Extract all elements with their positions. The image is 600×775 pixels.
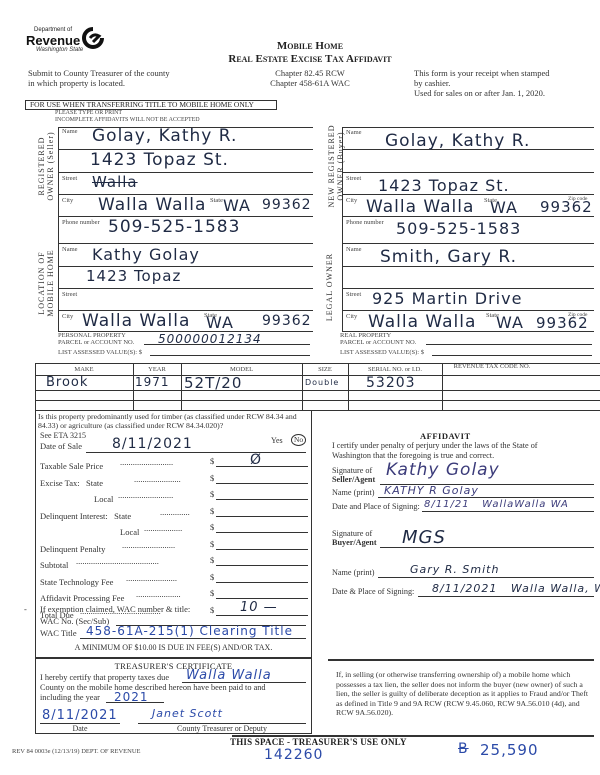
legal-owner-name-label: Name (346, 246, 362, 253)
certify-line-1: I certify under penalty of perjury under… (332, 441, 600, 451)
leader-dots: ......................... (122, 540, 175, 550)
buyer-state-field[interactable]: WA (490, 198, 518, 217)
buyer-date-place-label: Date & Place of Signing: (332, 587, 414, 597)
treasurer-line-1: I hereby certify that property taxes due (40, 673, 169, 683)
legal-owner-parcel-label-1: REAL PROPERTY (340, 332, 416, 339)
serial-cell[interactable]: 53203 (366, 375, 416, 391)
timber-question: Is this property predominantly used for … (38, 412, 308, 430)
buyer-city-label: City (346, 197, 357, 204)
col-model: MODEL (181, 366, 302, 373)
seller-street-field[interactable]: Walla (92, 173, 138, 191)
tax-line-label: Taxable Sale Price (40, 461, 103, 471)
tax-line-label: Delinquent Penalty (40, 544, 105, 554)
buyer-signature-label: Signature of Buyer/Agent (332, 529, 377, 547)
location-label-2: MOBILE HOME (46, 243, 55, 323)
buyer-name-label: Name (346, 129, 362, 136)
submit-instructions: Submit to County Treasurer of the county… (28, 68, 208, 88)
legal-owner-assessed-label: LIST ASSESSED VALUE(S): $ (340, 349, 424, 356)
leader-dots: ....................................... (76, 556, 159, 566)
legal-owner-street-label: Street (346, 291, 361, 298)
treasurer-use-only-label: THIS SPACE - TREASURER'S USE ONLY (230, 737, 407, 747)
location-name-field[interactable]: Kathy Golay (92, 245, 200, 264)
no-option[interactable]: No (291, 434, 306, 446)
tax-lines: Taxable Sale Price .....................… (40, 456, 308, 621)
tax-line-label: Delinquent Interest: State (40, 511, 131, 521)
seller-print-name-field[interactable]: KATHY R Golay (384, 484, 479, 497)
seller-phone-field[interactable]: 509-525-1583 (108, 217, 240, 237)
leader-dots: .......................... (118, 490, 173, 500)
buyer-signature-field[interactable]: MGS (402, 527, 446, 548)
leader-dots: ......................... (120, 457, 173, 467)
leader-dots: .................. (144, 523, 182, 533)
col-revenue-code: REVENUE TAX CODE NO. (452, 363, 532, 370)
currency-symbol: $ (210, 522, 214, 532)
receipt-line-3: Used for sales on or after Jan. 1, 2020. (414, 88, 594, 98)
tax-line-label: Excise Tax: State (40, 478, 103, 488)
tax-line: State Technology Fee ...................… (40, 572, 308, 589)
tax-line-label: Local (94, 494, 113, 504)
use-only-text: FOR USE WHEN TRANSFERRING TITLE TO MOBIL… (30, 100, 254, 110)
submit-line-2: in which property is located. (28, 78, 208, 88)
model-cell[interactable]: 52T/20 (184, 374, 242, 392)
currency-symbol: $ (210, 456, 214, 466)
legal-owner-parcel-label: REAL PROPERTY PARCEL or ACCOUNT NO. (340, 332, 416, 346)
wac-title-label: WAC Title (40, 628, 77, 638)
incomplete-notice: INCOMPLETE AFFIDAVITS WILL NOT BE ACCEPT… (55, 117, 200, 123)
chapter-rcw: Chapter 82.45 RCW (255, 68, 365, 78)
legal-owner-street-field[interactable]: 925 Martin Drive (372, 289, 522, 308)
treasurer-date-field[interactable]: 8/11/2021 (42, 708, 118, 723)
seller-state-label: State (210, 197, 223, 204)
seller-city-field[interactable]: Walla Walla (98, 195, 206, 215)
seller-phone-label: Phone number (62, 219, 100, 226)
seller-city-label: City (62, 197, 73, 204)
location-state-field[interactable]: WA (206, 313, 234, 332)
treasurer-county-field[interactable]: Walla Walla (186, 668, 272, 683)
receipt-notice: This form is your receipt when stamped b… (414, 68, 594, 98)
affidavit-certification: I certify under penalty of perjury under… (332, 441, 600, 461)
dor-logo-icon (82, 27, 104, 49)
location-city-label: City (62, 313, 73, 320)
receipt-number: 142260 (264, 747, 323, 763)
location-street-label: Street (62, 291, 77, 298)
taxable-sale-price-field[interactable]: Ø (250, 452, 262, 468)
see-eta: See ETA 3215 (40, 431, 86, 441)
legal-owner-city-field[interactable]: Walla Walla (368, 312, 476, 332)
tax-line: Local .......................... $ (40, 489, 308, 506)
location-assessed-label: LIST ASSESSED VALUE(S): $ (58, 349, 142, 356)
minimum-notice: A MINIMUM OF $10.00 IS DUE IN FEE(S) AND… (35, 643, 312, 653)
tax-line: Local .................. $ (40, 522, 308, 539)
buyer-name-field[interactable]: Golay, Kathy R. (385, 131, 530, 151)
type-print-notice: PLEASE TYPE OR PRINT (55, 110, 122, 116)
buyer-phone-field[interactable]: 509-525-1583 (396, 219, 521, 238)
receipt-line-2: by cashier. (414, 78, 594, 88)
location-section-label: LOCATION OF MOBILE HOME (37, 243, 59, 323)
location-zip-field[interactable]: 99362 (262, 313, 313, 329)
buyer-sig-label-2: Buyer/Agent (332, 538, 377, 547)
tax-line-label: State Technology Fee (40, 577, 113, 587)
currency-symbol: $ (210, 555, 214, 565)
currency-symbol: $ (210, 506, 214, 516)
seller-state-field[interactable]: WA (223, 196, 251, 215)
tax-line-label: Local (120, 527, 139, 537)
legal-owner-section-label: LEGAL OWNER (325, 247, 335, 327)
seller-signature-label: Signature of Seller/Agent (332, 466, 375, 484)
tax-line: Delinquent Interest: State .............… (40, 506, 308, 523)
col-size: SIZE (302, 366, 348, 373)
size-cell[interactable]: Double (305, 378, 339, 387)
legal-owner-zip-field[interactable]: 99362 (536, 314, 589, 332)
seller-name-field[interactable]: Golay, Kathy R. (92, 126, 237, 146)
exemption-label: If exemption claimed, WAC number & title… (40, 604, 190, 614)
year-cell[interactable]: 1971 (135, 375, 170, 389)
location-parcel-label-1: PERSONAL PROPERTY (58, 332, 134, 339)
buyer-city-field[interactable]: Walla Walla (366, 197, 474, 217)
col-serial: SERIAL NO. or I.D. (348, 366, 442, 373)
total-due-field[interactable]: 10 — (240, 600, 278, 615)
location-parcel-label: PERSONAL PROPERTY PARCEL or ACCOUNT NO. (58, 332, 134, 346)
make-cell[interactable]: Brook (46, 375, 88, 390)
seller-sig-label-1: Signature of (332, 466, 375, 475)
buyer-print-name-field[interactable]: Gary R. Smith (410, 563, 499, 576)
seller-street-label: Street (62, 175, 77, 182)
buyer-zip-field[interactable]: 99362 (540, 198, 593, 216)
currency-symbol: $ (210, 605, 214, 615)
location-parcel-field[interactable]: 500000012134 (158, 332, 262, 346)
seller-label-1: REGISTERED (37, 126, 46, 206)
receipt-line-1: This form is your receipt when stamped (414, 68, 594, 78)
form-title-line2: Real Estate Excise Tax Affidavit (200, 53, 420, 65)
seller-signature-field[interactable]: Kathy Golay (386, 460, 500, 480)
treasurer-signature-field[interactable]: Janet Scott (152, 707, 223, 720)
chapter-refs: Chapter 82.45 RCW Chapter 458-61A WAC (255, 68, 365, 88)
seller-name-label: Name (62, 128, 78, 135)
legal-owner-state-field[interactable]: WA (496, 313, 524, 332)
seller-print-name-label: Name (print) (332, 488, 375, 498)
wac-title-field[interactable]: 458-61A-215(1) Clearing Title (86, 624, 293, 638)
buyer-street-label: Street (346, 175, 361, 182)
submit-line-1: Submit to County Treasurer of the county (28, 68, 208, 78)
currency-symbol: $ (210, 572, 214, 582)
seller-name-line2-field[interactable]: 1423 Topaz St. (90, 150, 229, 170)
col-make: MAKE (35, 366, 133, 373)
timber-question-text: Is this property predominantly used for … (38, 412, 297, 430)
currency-symbol: $ (210, 588, 214, 598)
form-title-line1: Mobile Home (240, 40, 380, 52)
tax-line: Subtotal ...............................… (40, 555, 308, 572)
tax-line: Taxable Sale Price .....................… (40, 456, 308, 473)
treasurer-signer-label: County Treasurer or Deputy (138, 724, 306, 734)
col-year: YEAR (133, 366, 181, 373)
chapter-wac: Chapter 458-61A WAC (255, 78, 365, 88)
affidavit-title: AFFIDAVIT (420, 431, 471, 441)
leader-dots: ..................... (136, 589, 181, 599)
location-name-line2-field[interactable]: 1423 Topaz (86, 267, 181, 285)
exemption-bullet: - (24, 604, 27, 614)
tax-line: Excise Tax: State ......................… (40, 473, 308, 490)
treasurer-line-3: including the year (40, 693, 100, 703)
tax-line-label: Subtotal (40, 560, 68, 570)
leader-dots: .............. (160, 507, 190, 517)
leader-dots: ...................... (134, 474, 181, 484)
buyer-label-1: NEW REGISTERED (327, 121, 336, 211)
buyer-phone-label: Phone number (346, 219, 384, 226)
seller-zip-field[interactable]: 99362 (262, 197, 313, 213)
location-label-1: LOCATION OF (37, 243, 46, 323)
seller-sig-label-2: Seller/Agent (332, 475, 375, 484)
location-city-field[interactable]: Walla Walla (82, 311, 190, 331)
fraud-notice: If, in selling (or otherwise transferrin… (336, 670, 594, 718)
seller-section-label: REGISTERED OWNER (Seller) (37, 126, 59, 206)
seller-date-place-label: Date and Place of Signing: (332, 502, 420, 512)
date-of-sale-label: Date of Sale (40, 441, 82, 451)
dor-logo: Department of Revenue Washington State (26, 27, 106, 57)
stamp-number: 25,590 (480, 741, 539, 759)
seller-label-2: OWNER (Seller) (46, 126, 55, 206)
buyer-date-place-field[interactable]: 8/11/2021 Walla Walla, W (432, 582, 600, 595)
tax-line: Delinquent Penalty .....................… (40, 539, 308, 556)
buyer-street-field[interactable]: 1423 Topaz St. (378, 176, 510, 195)
buyer-sig-label-1: Signature of (332, 529, 377, 538)
stamp-prefix: B (458, 741, 469, 757)
legal-owner-city-label: City (346, 313, 357, 320)
logo-revenue-text: Revenue (26, 33, 80, 48)
yes-option[interactable]: Yes (271, 436, 283, 446)
tax-line-label: Affidavit Processing Fee (40, 593, 124, 603)
currency-symbol: $ (210, 539, 214, 549)
treasurer-year-field[interactable]: 2021 (114, 690, 149, 704)
treasurer-date-label: Date (40, 724, 120, 734)
currency-symbol: $ (210, 489, 214, 499)
legal-owner-name-field[interactable]: Smith, Gary R. (380, 247, 517, 267)
location-name-label: Name (62, 246, 78, 253)
location-parcel-label-2: PARCEL or ACCOUNT NO. (58, 339, 134, 346)
seller-date-place-field[interactable]: 8/11/21 WallaWalla WA (424, 499, 569, 510)
buyer-print-name-label: Name (print) (332, 568, 375, 578)
leader-dots: ........................ (126, 573, 177, 583)
legal-owner-parcel-label-2: PARCEL or ACCOUNT NO. (340, 339, 416, 346)
logo-state-text: Washington State (36, 47, 83, 53)
currency-symbol: $ (210, 473, 214, 483)
treasurer-line-2: County on the mobile home described here… (40, 683, 266, 693)
form-revision: REV 84 0003e (12/13/19) DEPT. OF REVENUE (12, 748, 141, 755)
date-of-sale-field[interactable]: 8/11/2021 (112, 436, 193, 452)
